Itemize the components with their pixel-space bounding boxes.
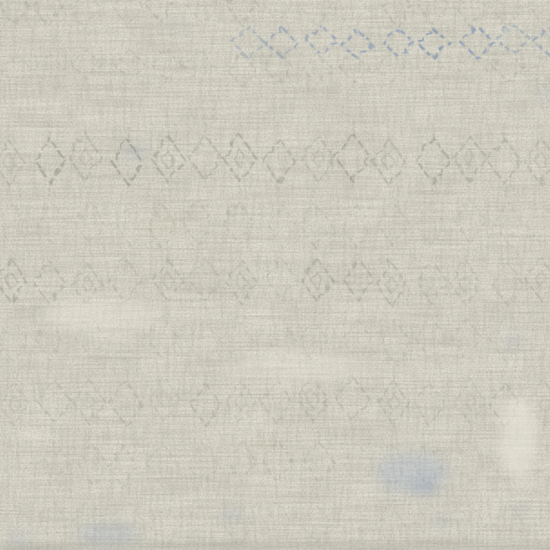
rug-texture-svg [0, 0, 550, 550]
blue-accent-smudge [436, 516, 450, 526]
tan-fleck [438, 35, 450, 45]
tan-fleck [156, 216, 174, 230]
blue-accent-smudge [172, 19, 188, 31]
light-wool-patch [498, 396, 538, 480]
light-wool-patch [40, 297, 160, 333]
light-wool-patch [220, 352, 380, 384]
blue-accent-smudge [514, 507, 526, 517]
blue-accent-smudge [504, 335, 522, 349]
tan-fleck [252, 441, 268, 453]
blue-accent-smudge [415, 479, 435, 495]
rug-swatch-photo [0, 0, 550, 550]
blue-accent-smudge [376, 453, 448, 493]
weave-noise-layers [0, 0, 550, 550]
bottom-edge-shadow [0, 542, 550, 550]
blue-accent-smudge [126, 144, 144, 160]
blue-accent-smudge [224, 510, 240, 522]
fiber-speckle-layer [0, 0, 550, 550]
